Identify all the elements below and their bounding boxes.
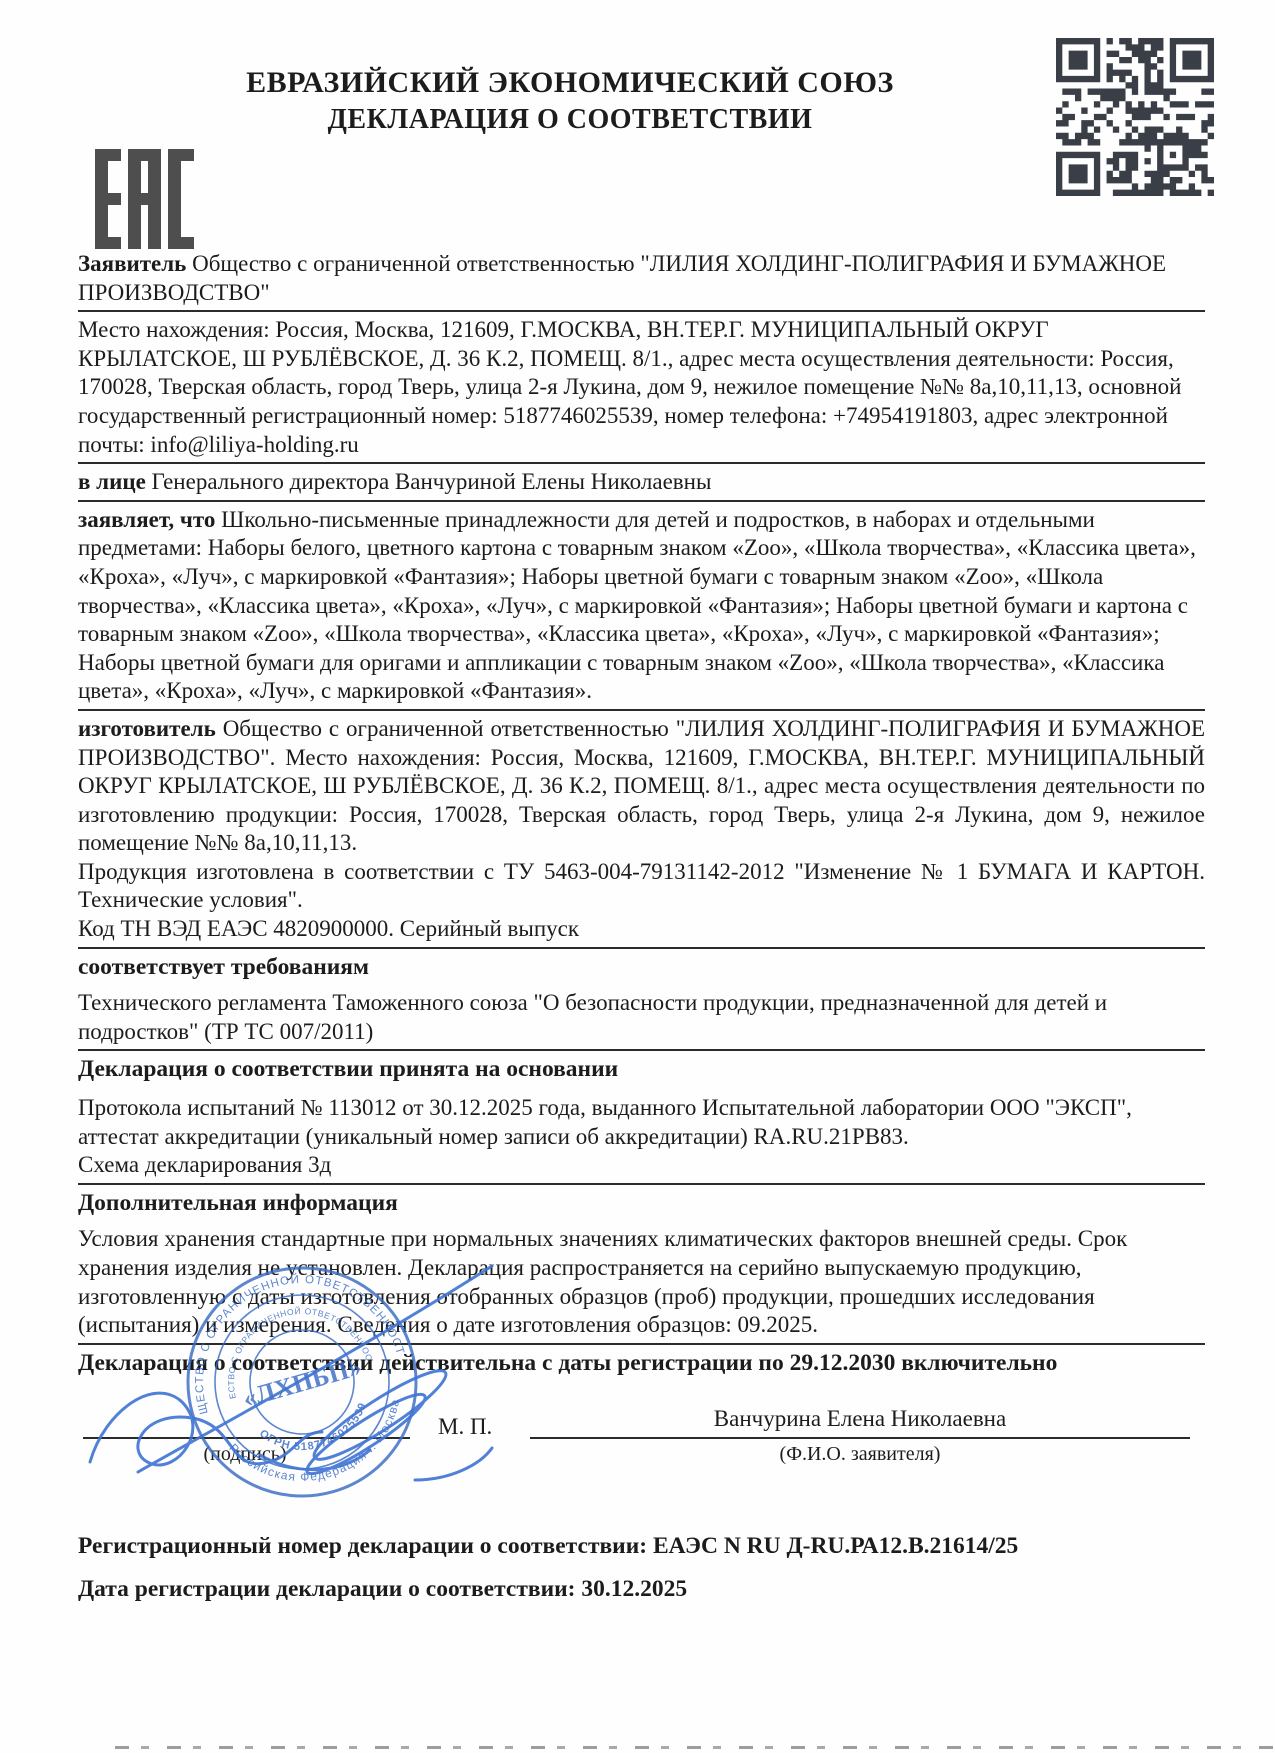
eac-mark-icon — [95, 148, 194, 250]
applicant-label: Заявитель — [78, 251, 186, 276]
manufacturer-section: изготовитель Общество с ограниченной отв… — [78, 715, 1205, 858]
document-title: ДЕКЛАРАЦИЯ О СООТВЕТСТВИИ — [100, 102, 1040, 138]
basis-block: Протокола испытаний № 113012 от 30.12.20… — [78, 1094, 1205, 1185]
scan-artifact-line — [115, 1746, 1275, 1749]
tn-ved-line: Код ТН ВЭД ЕАЭС 4820900000. Серийный вып… — [78, 915, 1205, 949]
qr-code — [1056, 38, 1214, 196]
declares-label: заявляет, что — [78, 507, 215, 532]
production-standard: Продукция изготовлена в соответствии с Т… — [78, 858, 1205, 915]
document-body: Заявитель Общество с ограниченной ответс… — [78, 250, 1205, 1377]
additional-info-text: Условия хранения стандартные при нормаль… — [78, 1225, 1205, 1344]
basis-heading: Декларация о соответствии принята на осн… — [78, 1055, 1205, 1084]
compliance-heading: соответствует требованиям — [78, 953, 1205, 982]
signature-caption: (подпись) — [150, 1443, 340, 1466]
manufacturer-label: изготовитель — [78, 716, 216, 741]
seal-placeholder: М. П. — [438, 1414, 492, 1440]
registration-number-line: Регистрационный номер декларации о соотв… — [78, 1533, 1018, 1560]
basis-protocol: Протокола испытаний № 113012 от 30.12.20… — [78, 1094, 1205, 1151]
signature-line — [83, 1437, 410, 1439]
declaration-scheme: Схема декларирования 3д — [78, 1151, 1205, 1180]
registration-date-label: Дата регистрации декларации о соответств… — [78, 1576, 575, 1602]
represented-by-label: в лице — [78, 469, 146, 494]
registration-number-value: ЕАЭС N RU Д-RU.РА12.В.21614/25 — [653, 1533, 1018, 1559]
represented-by-line: в лице Генерального директора Ванчуриной… — [78, 468, 1205, 502]
applicant-section: Заявитель Общество с ограниченной ответс… — [78, 250, 1205, 312]
applicant-details: Место нахождения: Россия, Москва, 121609… — [78, 316, 1205, 464]
compliance-requirements: Технического регламента Таможенного союз… — [78, 989, 1205, 1051]
union-title: ЕВРАЗИЙСКИЙ ЭКОНОМИЧЕСКИЙ СОЮЗ — [100, 64, 1040, 102]
registration-date-line: Дата регистрации декларации о соответств… — [78, 1576, 687, 1603]
product-description: Школьно-письменные принадлежности для де… — [78, 507, 1196, 704]
name-caption: (Ф.И.О. заявителя) — [530, 1443, 1190, 1466]
declaration-document-page: ЕВРАЗИЙСКИЙ ЭКОНОМИЧЕСКИЙ СОЮЗ ДЕКЛАРАЦИ… — [0, 0, 1275, 1753]
signatory-name-line — [530, 1437, 1190, 1439]
registration-number-label: Регистрационный номер декларации о соотв… — [78, 1533, 647, 1559]
validity-statement: Декларация о соответствии действительна … — [78, 1349, 1205, 1378]
document-header: ЕВРАЗИЙСКИЙ ЭКОНОМИЧЕСКИЙ СОЮЗ ДЕКЛАРАЦИ… — [100, 64, 1040, 138]
manufacturer-details: Общество с ограниченной ответственностью… — [78, 716, 1205, 855]
product-declaration: заявляет, что Школьно-письменные принадл… — [78, 506, 1205, 711]
additional-info-heading: Дополнительная информация — [78, 1189, 1205, 1218]
signatory-name: Ванчурина Елена Николаевна — [530, 1406, 1190, 1432]
registration-date-value: 30.12.2025 — [581, 1576, 687, 1602]
applicant-name: Общество с ограниченной ответственностью… — [78, 251, 1166, 305]
represented-by-name: Генерального директора Ванчуриной Елены … — [152, 469, 712, 494]
